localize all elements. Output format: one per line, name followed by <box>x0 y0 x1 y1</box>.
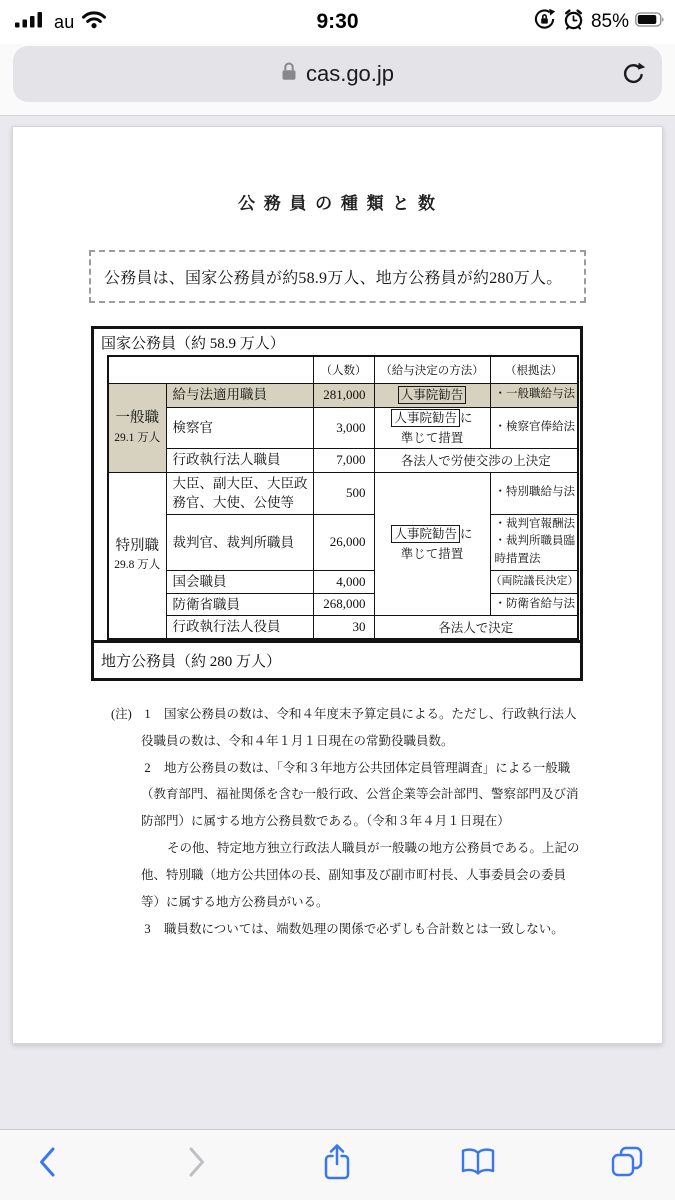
national-heading: 国家公務員（約 58.9 万人） <box>94 329 580 355</box>
note-text: 国家公務員の数は、令和４年度末予算定員による。ただし、行政執行法人役職員の数は、… <box>141 707 577 748</box>
share-button[interactable] <box>307 1130 367 1196</box>
cell-name: 給与法適用職員 <box>166 383 313 407</box>
cell-method: 人事院勧告に 準じて措置 <box>374 407 490 448</box>
note-item-3: 3職員数については、端数処理の関係で必ずしも合計数とは一致しない。 <box>141 916 581 943</box>
page-title: 公 務 員 の 種 類 と 数 <box>13 189 662 214</box>
group-label: 一般職 <box>109 408 166 430</box>
basis-line2: ・裁判所職員臨時措置法 <box>495 533 576 569</box>
cell-num: 30 <box>313 616 374 639</box>
civil-servant-table-frame: 国家公務員（約 58.9 万人） （人数） （給与決定の方法） （根拠法） 一般… <box>91 326 583 681</box>
note-item-2: 2地方公務員の数は、「令和３年地方公共団体定員管理調査」による一般職（教育部門、… <box>141 755 581 916</box>
note-number: 2 <box>141 755 154 782</box>
table-row-defense-staff: 防衛省職員 268,000 ・防衛省給与法 <box>108 593 578 616</box>
cell-name: 裁判官、裁判所職員 <box>166 514 313 570</box>
col-header-method: （給与決定の方法） <box>374 356 490 383</box>
group-cell-special: 特別職 29.8 万人 <box>108 472 166 639</box>
tabs-button[interactable] <box>597 1130 657 1196</box>
basis-line1: ・裁判官報酬法 <box>495 516 576 534</box>
cell-num: 281,000 <box>313 383 374 407</box>
cell-name: 検察官 <box>166 407 313 448</box>
cell-method: 人事院勧告 <box>374 383 490 407</box>
padlock-icon <box>281 61 297 87</box>
table-row-prosecutors: 検察官 3,000 人事院勧告に 準じて措置 ・検察官俸給法 <box>108 407 578 448</box>
empty-header-cell <box>108 356 313 383</box>
web-content: 公 務 員 の 種 類 と 数 公務員は、国家公務員が約58.9万人、地方公務員… <box>0 117 675 1129</box>
cell-basis: ・裁判官報酬法 ・裁判所職員臨時措置法 <box>490 514 578 570</box>
summary-box: 公務員は、国家公務員が約58.9万人、地方公務員が約280万人。 <box>89 250 586 303</box>
table-row-agency-officers: 行政執行法人役員 30 各法人で決定 <box>108 616 578 639</box>
reload-button[interactable] <box>620 60 648 88</box>
table-row-judges: 裁判官、裁判所職員 26,000 ・裁判官報酬法 ・裁判所職員臨時措置法 <box>108 514 578 570</box>
group-count: 29.8 万人 <box>109 557 166 574</box>
group-label: 特別職 <box>109 536 166 558</box>
cell-name: 行政執行法人職員 <box>166 448 313 472</box>
cell-num: 268,000 <box>313 593 374 616</box>
footnotes: (注) 1国家公務員の数は、令和４年度末予算定員による。ただし、行政執行法人役職… <box>111 701 581 943</box>
url-domain-label: cas.go.jp <box>306 61 394 87</box>
note-number: 3 <box>141 916 154 943</box>
method-line2: 準じて措置 <box>375 544 490 564</box>
national-staff-table: （人数） （給与決定の方法） （根拠法） 一般職 29.1 万人 給与法適用職員… <box>107 355 579 640</box>
summary-text: 公務員は、国家公務員が約58.9万人、地方公務員が約280万人。 <box>104 270 562 287</box>
cell-num: 500 <box>313 472 374 514</box>
cell-num: 7,000 <box>313 448 374 472</box>
cell-name: 防衛省職員 <box>166 593 313 616</box>
method-suffix: に <box>460 411 473 425</box>
note-label: (注) <box>111 701 141 943</box>
note-text-continued: その他、特定地方独立行政法人職員が一般職の地方公務員である。上記の他、特別職（地… <box>141 835 581 916</box>
method-line2: 準じて措置 <box>375 428 490 448</box>
table-row-ministers: 特別職 29.8 万人 大臣、副大臣、大臣政務官、大使、公使等 500 人事院勧… <box>108 472 578 514</box>
group-cell-general: 一般職 29.1 万人 <box>108 383 166 472</box>
share-icon <box>321 1142 353 1185</box>
table-row-agency-staff: 行政執行法人職員 7,000 各法人で労使交渉の上決定 <box>108 448 578 472</box>
cell-num: 4,000 <box>313 571 374 594</box>
cell-method-span: 各法人で決定 <box>374 616 578 639</box>
boxed-term: 人事院勧告 <box>398 386 467 404</box>
note-text: 地方公務員の数は、「令和３年地方公共団体定員管理調査」による一般職（教育部門、福… <box>141 761 579 829</box>
col-header-basis: （根拠法） <box>490 356 578 383</box>
forward-button[interactable] <box>166 1130 226 1196</box>
cell-basis: ・防衛省給与法 <box>490 593 578 616</box>
note-item-1: 1国家公務員の数は、令和４年度末予算定員による。ただし、行政執行法人役職員の数は… <box>141 701 581 755</box>
back-button[interactable] <box>17 1130 77 1196</box>
address-bar[interactable]: cas.go.jp <box>13 46 662 102</box>
cell-basis: ・一般職給与法 <box>490 383 578 407</box>
safari-toolbar <box>0 1129 675 1200</box>
cell-num: 26,000 <box>313 514 374 570</box>
cell-basis: （両院議長決定） <box>490 571 578 594</box>
bookmarks-button[interactable] <box>448 1130 508 1196</box>
browser-chrome: cas.go.jp <box>0 44 675 116</box>
cell-basis: ・検察官俸給法 <box>490 407 578 448</box>
cell-method-merged: 人事院勧告に 準じて措置 <box>374 472 490 616</box>
cell-num: 3,000 <box>313 407 374 448</box>
table-row-diet-staff: 国会職員 4,000 （両院議長決定） <box>108 571 578 594</box>
group-count: 29.1 万人 <box>109 430 166 447</box>
cell-name: 行政執行法人役員 <box>166 616 313 639</box>
book-icon <box>459 1146 497 1181</box>
chevron-back-icon <box>37 1146 58 1181</box>
document-page: 公 務 員 の 種 類 と 数 公務員は、国家公務員が約58.9万人、地方公務員… <box>12 126 663 1044</box>
note-number: 1 <box>141 701 154 728</box>
local-heading: 地方公務員（約 280 万人） <box>94 640 580 678</box>
battery-icon <box>635 12 665 32</box>
battery-percent-label: 85% <box>591 11 629 33</box>
cell-method-span: 各法人で労使交渉の上決定 <box>374 448 578 472</box>
status-bar: au 9:30 85% <box>0 0 675 44</box>
cell-basis: ・特別職給与法 <box>490 472 578 514</box>
rotation-lock-icon <box>533 8 556 36</box>
cell-name: 大臣、副大臣、大臣政務官、大使、公使等 <box>166 472 313 514</box>
alarm-clock-icon <box>562 8 585 36</box>
cell-name: 国会職員 <box>166 571 313 594</box>
col-header-num: （人数） <box>313 356 374 383</box>
table-header-row: （人数） （給与決定の方法） （根拠法） <box>108 356 578 383</box>
tabs-icon <box>610 1145 644 1181</box>
table-row-salary-law: 一般職 29.1 万人 給与法適用職員 281,000 人事院勧告 ・一般職給与… <box>108 383 578 407</box>
chevron-forward-icon <box>186 1146 207 1181</box>
boxed-term: 人事院勧告 <box>391 525 460 543</box>
boxed-term: 人事院勧告 <box>391 409 460 427</box>
note-text: 職員数については、端数処理の関係で必ずしも合計数とは一致しない。 <box>164 922 564 936</box>
method-suffix: に <box>460 527 473 541</box>
